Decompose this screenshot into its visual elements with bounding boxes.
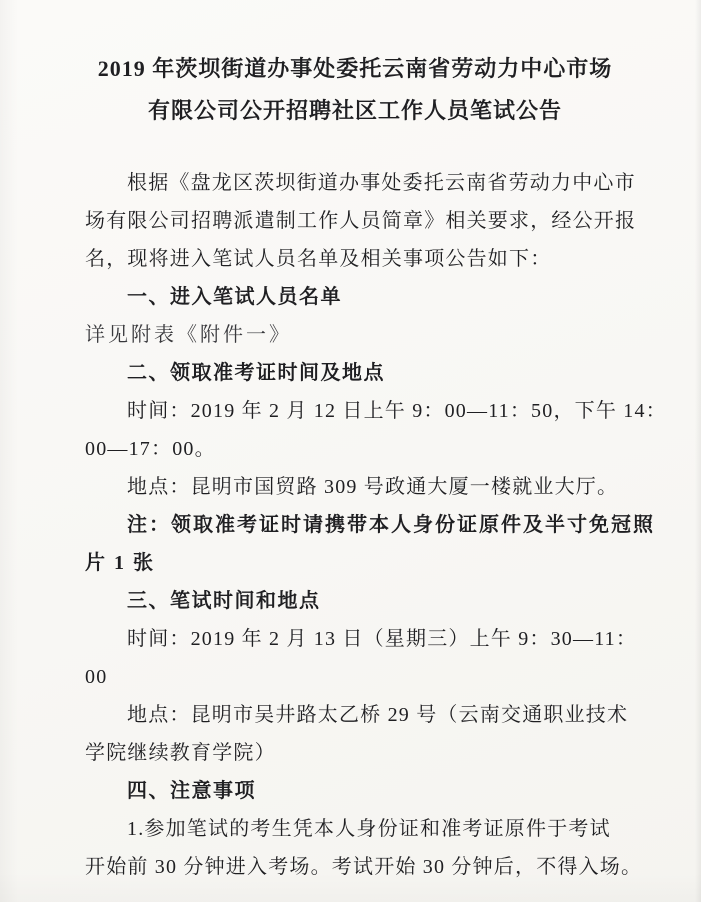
section-4-item-1-line-1: 1.参加笔试的考生凭本人身份证和准考证原件于考试 <box>85 810 625 848</box>
section-2-time-line-1: 时间：2019 年 2 月 12 日上午 9：00—11：50，下午 14： <box>85 392 625 430</box>
document-content: 2019 年茨坝街道办事处委托云南省劳动力中心市场 有限公司公开招聘社区工作人员… <box>85 48 625 886</box>
section-2-time-line-2: 00—17：00。 <box>85 430 625 468</box>
section-4-item-1-line-2: 开始前 30 分钟进入考场。考试开始 30 分钟后，不得入场。 <box>85 848 625 886</box>
section-1-heading: 一、进入笔试人员名单 <box>85 278 625 316</box>
section-2-note-line-2: 片 1 张 <box>85 544 625 582</box>
document-title-line-1: 2019 年茨坝街道办事处委托云南省劳动力中心市场 <box>85 48 625 90</box>
document-title-line-2: 有限公司公开招聘社区工作人员笔试公告 <box>85 90 625 132</box>
section-2-note-line-1: 注：领取准考证时请携带本人身份证原件及半寸免冠照 <box>85 506 625 544</box>
section-3-time-line-2: 00 <box>85 658 625 696</box>
intro-paragraph-line-1: 根据《盘龙区茨坝街道办事处委托云南省劳动力中心市 <box>85 164 625 202</box>
section-3-place-line-2: 学院继续教育学院） <box>85 734 625 772</box>
section-2-heading: 二、领取准考证时间及地点 <box>85 354 625 392</box>
section-2-place: 地点：昆明市国贸路 309 号政通大厦一楼就业大厅。 <box>85 468 625 506</box>
title-body-spacer <box>85 132 625 164</box>
section-3-place-line-1: 地点：昆明市吴井路太乙桥 29 号（云南交通职业技术 <box>85 696 625 734</box>
section-1-body: 详见附表《附件一》 <box>85 316 625 354</box>
section-3-heading: 三、笔试时间和地点 <box>85 582 625 620</box>
section-3-time-line-1: 时间：2019 年 2 月 13 日（星期三）上午 9：30—11： <box>85 620 625 658</box>
section-4-heading: 四、注意事项 <box>85 772 625 810</box>
intro-paragraph-line-3: 名，现将进入笔试人员名单及相关事项公告如下： <box>85 240 625 278</box>
intro-paragraph-line-2: 场有限公司招聘派遣制工作人员简章》相关要求，经公开报 <box>85 202 625 240</box>
scanned-document-page: 2019 年茨坝街道办事处委托云南省劳动力中心市场 有限公司公开招聘社区工作人员… <box>0 0 701 902</box>
